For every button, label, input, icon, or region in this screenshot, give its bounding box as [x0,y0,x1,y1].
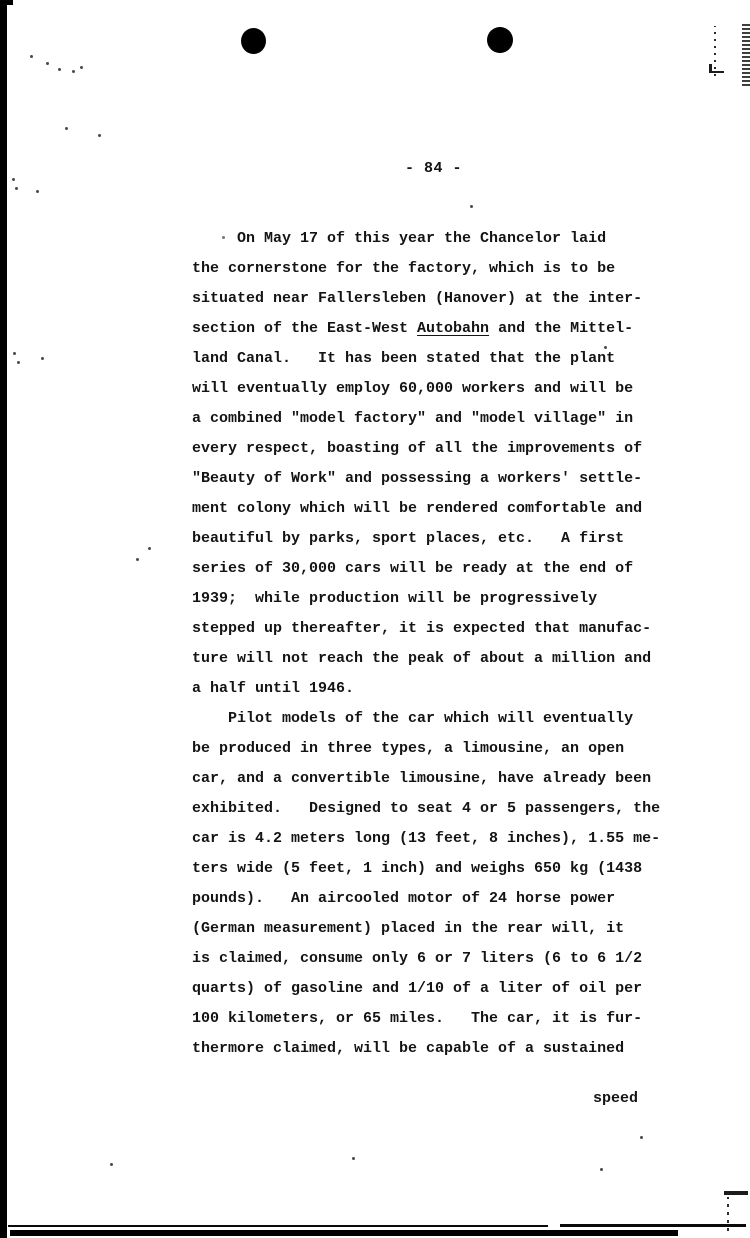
dust-speck [65,127,68,130]
dust-speck [98,134,101,137]
catchword: speed [593,1084,638,1114]
text-line: will eventually employ 60,000 workers an… [192,374,692,404]
text-line: quarts) of gasoline and 1/10 of a liter … [192,974,692,1004]
text-line: section of the East-West Autobahn and th… [192,314,692,344]
dust-speck [148,547,151,550]
dust-speck [352,1157,355,1160]
scan-noise-bottom-right [724,1191,748,1195]
dust-speck [58,68,61,71]
text-line: car, and a convertible limousine, have a… [192,764,692,794]
text-segment: section of the East-West [192,320,417,337]
scan-noise-top-right [709,64,724,73]
text-line: "Beauty of Work" and possessing a worker… [192,464,692,494]
text-segment: and the Mittel- [489,320,633,337]
dust-speck [640,1136,643,1139]
dust-speck [72,70,75,73]
hole-punch-left [241,28,266,54]
text-line: a half until 1946. [192,674,692,704]
dust-speck [15,187,18,190]
scan-noise-top-right [742,24,750,86]
text-line: (German measurement) placed in the rear … [192,914,692,944]
text-line: is claimed, consume only 6 or 7 liters (… [192,944,692,974]
text-line: the cornerstone for the factory, which i… [192,254,692,284]
dust-speck [470,205,473,208]
text-line: land Canal. It has been stated that the … [192,344,692,374]
text-line: ters wide (5 feet, 1 inch) and weighs 65… [192,854,692,884]
scan-edge-top-left [0,0,13,5]
dust-speck [600,1168,603,1171]
text-line: series of 30,000 cars will be ready at t… [192,554,692,584]
text-line: stepped up thereafter, it is expected th… [192,614,692,644]
text-line: situated near Fallersleben (Hanover) at … [192,284,692,314]
dust-speck [110,1163,113,1166]
paragraph-2: Pilot models of the car which will event… [192,704,692,1064]
document-page: - 84 - On May 17 of this year the Chance… [0,0,750,1238]
dust-speck [12,178,15,181]
scan-noise-bottom-right [727,1197,729,1231]
text-line: pounds). An aircooled motor of 24 horse … [192,884,692,914]
text-line: ment colony which will be rendered comfo… [192,494,692,524]
text-line: 1939; while production will be progressi… [192,584,692,614]
text-line: Pilot models of the car which will event… [192,704,692,734]
text-line: a combined "model factory" and "model vi… [192,404,692,434]
dust-speck [46,62,49,65]
text-line: On May 17 of this year the Chancelor lai… [192,224,692,254]
text-line: ture will not reach the peak of about a … [192,644,692,674]
paragraph-1: On May 17 of this year the Chancelor lai… [192,224,692,704]
dust-speck [30,55,33,58]
dust-speck [41,357,44,360]
scan-edge-bottom-bar [8,1225,548,1227]
scan-edge-left [0,0,7,1238]
text-line: beautiful by parks, sport places, etc. A… [192,524,692,554]
page-number: - 84 - [405,158,462,180]
text-line: car is 4.2 meters long (13 feet, 8 inche… [192,824,692,854]
scan-edge-bottom-bar [560,1224,746,1227]
text-line: exhibited. Designed to seat 4 or 5 passe… [192,794,692,824]
text-line: 100 kilometers, or 65 miles. The car, it… [192,1004,692,1034]
text-line: thermore claimed, will be capable of a s… [192,1034,692,1064]
text-line: be produced in three types, a limousine,… [192,734,692,764]
dust-speck [13,352,16,355]
text-line: every respect, boasting of all the impro… [192,434,692,464]
document-body: On May 17 of this year the Chancelor lai… [192,224,692,1064]
dust-speck [36,190,39,193]
dust-speck [136,558,139,561]
underlined-text: Autobahn [417,320,489,337]
hole-punch-right [487,27,513,53]
dust-speck [17,361,20,364]
scan-edge-bottom-bar [10,1230,678,1236]
dust-speck [80,66,83,69]
